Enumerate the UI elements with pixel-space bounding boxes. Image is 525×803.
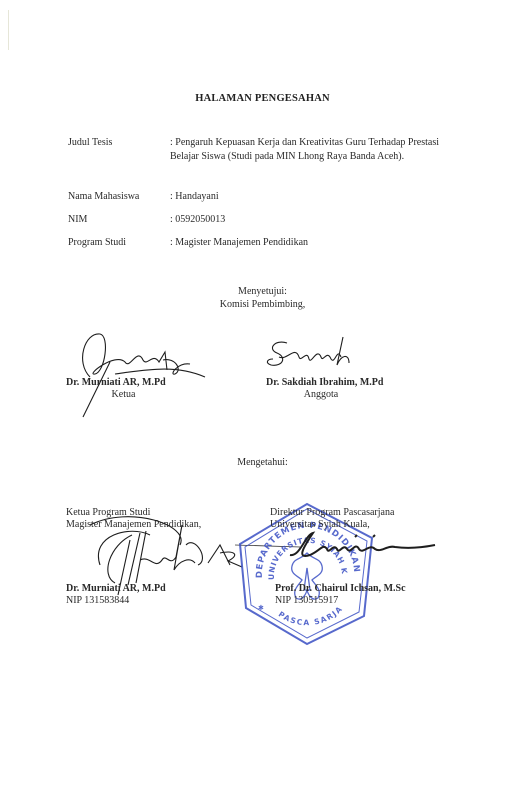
chair-block: Dr. Murniati AR, M.Pd Ketua	[66, 377, 181, 401]
field-label: Judul Tesis	[68, 136, 168, 150]
field-label: Program Studi	[68, 236, 168, 250]
acknowledged-heading: Mengetahui:	[0, 456, 525, 469]
field-value: : Magister Manajemen Pendidikan	[170, 236, 460, 250]
page-title: HALAMAN PENGESAHAN	[0, 93, 525, 104]
member-role: Anggota	[266, 389, 376, 401]
field-value: : Pengaruh Kepuasan Kerja dan Kreativita…	[170, 136, 440, 164]
chair-name: Dr. Murniati AR, M.Pd	[66, 377, 181, 389]
member-block: Dr. Sakdiah Ibrahim, M.Pd Anggota	[266, 377, 383, 401]
program-head-block: Dr. Murniati AR, M.Pd NIP 131583844	[66, 583, 166, 607]
signature-chair	[55, 322, 215, 422]
signature-member	[265, 335, 375, 380]
program-head-name: Dr. Murniati AR, M.Pd	[66, 583, 166, 595]
signature-director	[285, 525, 445, 570]
director-name: Prof. Dr. Chairul Ichsan, M.Sc	[275, 583, 406, 595]
program-head-nip: NIP 131583844	[66, 595, 166, 607]
approval-heading-line2: Komisi Pembimbing,	[0, 298, 525, 311]
field-label: Nama Mahasiswa	[68, 190, 168, 204]
chair-role: Ketua	[66, 389, 181, 401]
director-nip: NIP 130515917	[275, 595, 406, 607]
director-line1: Direktur Program Pascasarjana	[270, 507, 394, 519]
approval-heading-line1: Menyetujui:	[0, 285, 525, 298]
director-block: Prof. Dr. Chairul Ichsan, M.Sc NIP 13051…	[275, 583, 406, 607]
field-label: NIM	[68, 213, 168, 227]
field-value: : Handayani	[170, 190, 460, 204]
svg-text:✱: ✱	[258, 604, 264, 612]
document-page: HALAMAN PENGESAHAN Judul Tesis : Pengaru…	[0, 0, 525, 803]
scan-artifact	[8, 10, 9, 50]
field-value: : 0592050013	[170, 213, 460, 227]
member-name: Dr. Sakdiah Ibrahim, M.Pd	[266, 377, 383, 389]
approval-heading: Menyetujui: Komisi Pembimbing,	[0, 285, 525, 311]
